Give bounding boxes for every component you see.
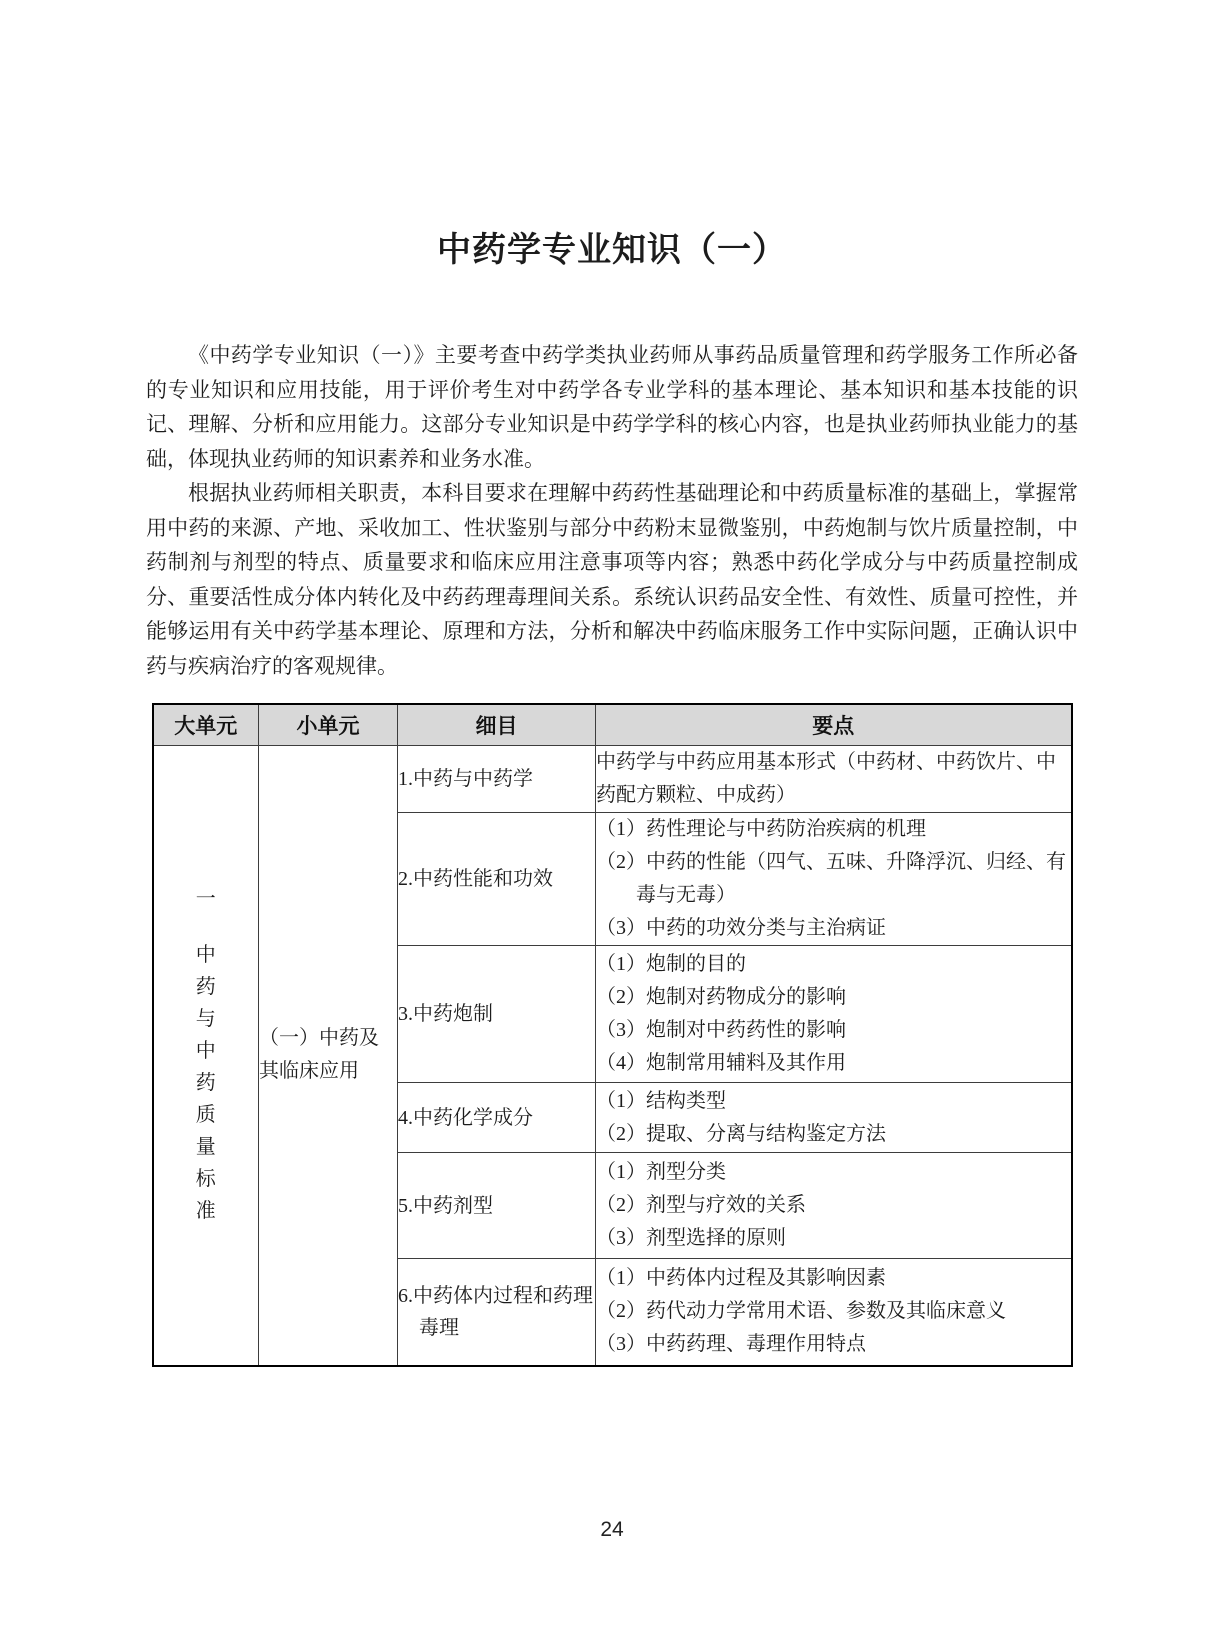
item-cell: 3.中药炮制 bbox=[398, 946, 596, 1083]
point-text: （3）中药的功效分类与主治病证 bbox=[596, 912, 1071, 945]
item-cell: 5.中药剂型 bbox=[398, 1153, 596, 1259]
points-cell: （1）药性理论与中药防治疾病的机理（2）中药的性能（四气、五味、升降浮沉、归经、… bbox=[596, 813, 1072, 946]
item-label: 2.中药性能和功效 bbox=[398, 863, 595, 895]
points-cell: （1）剂型分类（2）剂型与疗效的关系（3）剂型选择的原则 bbox=[596, 1153, 1072, 1259]
item-cell: 6.中药体内过程和药理毒理 bbox=[398, 1259, 596, 1366]
point-text: （2）炮制对药物成分的影响 bbox=[596, 981, 1071, 1014]
point-text: （1）剂型分类 bbox=[596, 1156, 1071, 1189]
page-content: 中药学专业知识（一） 《中药学专业知识（一）》主要考查中药学类执业药师从事药品质… bbox=[146, 228, 1078, 1367]
item-label: 3.中药炮制 bbox=[398, 998, 595, 1030]
point-text: （3）剂型选择的原则 bbox=[596, 1222, 1071, 1255]
page-title: 中药学专业知识（一） bbox=[146, 228, 1078, 274]
col-header-item: 细目 bbox=[398, 704, 596, 746]
col-header-points: 要点 bbox=[596, 704, 1072, 746]
points-cell: （1）炮制的目的（2）炮制对药物成分的影响（3）炮制对中药药性的影响（4）炮制常… bbox=[596, 946, 1072, 1083]
intro-section: 《中药学专业知识（一）》主要考查中药学类执业药师从事药品质量管理和药学服务工作所… bbox=[146, 338, 1078, 683]
major-unit-name: 中药与中药质量标准 bbox=[196, 939, 216, 1227]
col-header-major-unit: 大单元 bbox=[153, 704, 259, 746]
point-text: （1）结构类型 bbox=[596, 1085, 1071, 1118]
item-label: 1.中药与中药学 bbox=[398, 763, 595, 795]
points-cell: 中药学与中药应用基本形式（中药材、中药饮片、中药配方颗粒、中成药） bbox=[596, 746, 1072, 813]
point-text: （1）中药体内过程及其影响因素 bbox=[596, 1262, 1071, 1295]
syllabus-table-body: 一中药与中药质量标准（一）中药及其临床应用1.中药与中药学中药学与中药应用基本形… bbox=[153, 746, 1072, 1366]
points-cell: （1）结构类型（2）提取、分离与结构鉴定方法 bbox=[596, 1083, 1072, 1153]
point-text: （2）中药的性能（四气、五味、升降浮沉、归经、有毒与无毒） bbox=[596, 846, 1071, 912]
point-text: （2）剂型与疗效的关系 bbox=[596, 1189, 1071, 1222]
point-text: （1）炮制的目的 bbox=[596, 948, 1071, 981]
point-text: （3）炮制对中药药性的影响 bbox=[596, 1014, 1071, 1047]
item-label: 5.中药剂型 bbox=[398, 1190, 595, 1222]
points-cell: （1）中药体内过程及其影响因素（2）药代动力学常用术语、参数及其临床意义（3）中… bbox=[596, 1259, 1072, 1366]
item-label: 4.中药化学成分 bbox=[398, 1102, 595, 1134]
page-number: 24 bbox=[0, 1518, 1224, 1542]
col-header-sub-unit: 小单元 bbox=[259, 704, 398, 746]
header-row: 大单元 小单元 细目 要点 bbox=[153, 704, 1072, 746]
item-cell: 2.中药性能和功效 bbox=[398, 813, 596, 946]
sub-unit-cell: （一）中药及其临床应用 bbox=[259, 746, 398, 1366]
table-row: 一中药与中药质量标准（一）中药及其临床应用1.中药与中药学中药学与中药应用基本形… bbox=[153, 746, 1072, 813]
item-cell: 4.中药化学成分 bbox=[398, 1083, 596, 1153]
major-unit-cell: 一中药与中药质量标准 bbox=[153, 746, 259, 1366]
point-text: （2）药代动力学常用术语、参数及其临床意义 bbox=[596, 1295, 1071, 1328]
item-cell: 1.中药与中药学 bbox=[398, 746, 596, 813]
intro-paragraph-1: 《中药学专业知识（一）》主要考查中药学类执业药师从事药品质量管理和药学服务工作所… bbox=[146, 338, 1078, 476]
point-text: （1）药性理论与中药防治疾病的机理 bbox=[596, 813, 1071, 846]
sub-unit-label: （一）中药及其临床应用 bbox=[259, 1022, 397, 1088]
point-text: （4）炮制常用辅料及其作用 bbox=[596, 1047, 1071, 1080]
syllabus-table-header: 大单元 小单元 细目 要点 bbox=[153, 704, 1072, 746]
intro-paragraph-2: 根据执业药师相关职责，本科目要求在理解中药药性基础理论和中药质量标准的基础上，掌… bbox=[146, 476, 1078, 683]
point-text: 中药学与中药应用基本形式（中药材、中药饮片、中药配方颗粒、中成药） bbox=[596, 746, 1071, 812]
major-unit-number: 一 bbox=[154, 883, 259, 915]
point-text: （2）提取、分离与结构鉴定方法 bbox=[596, 1118, 1071, 1151]
item-label: 6.中药体内过程和药理毒理 bbox=[398, 1280, 595, 1344]
syllabus-table: 大单元 小单元 细目 要点 一中药与中药质量标准（一）中药及其临床应用1.中药与… bbox=[152, 703, 1073, 1367]
point-text: （3）中药药理、毒理作用特点 bbox=[596, 1328, 1071, 1361]
